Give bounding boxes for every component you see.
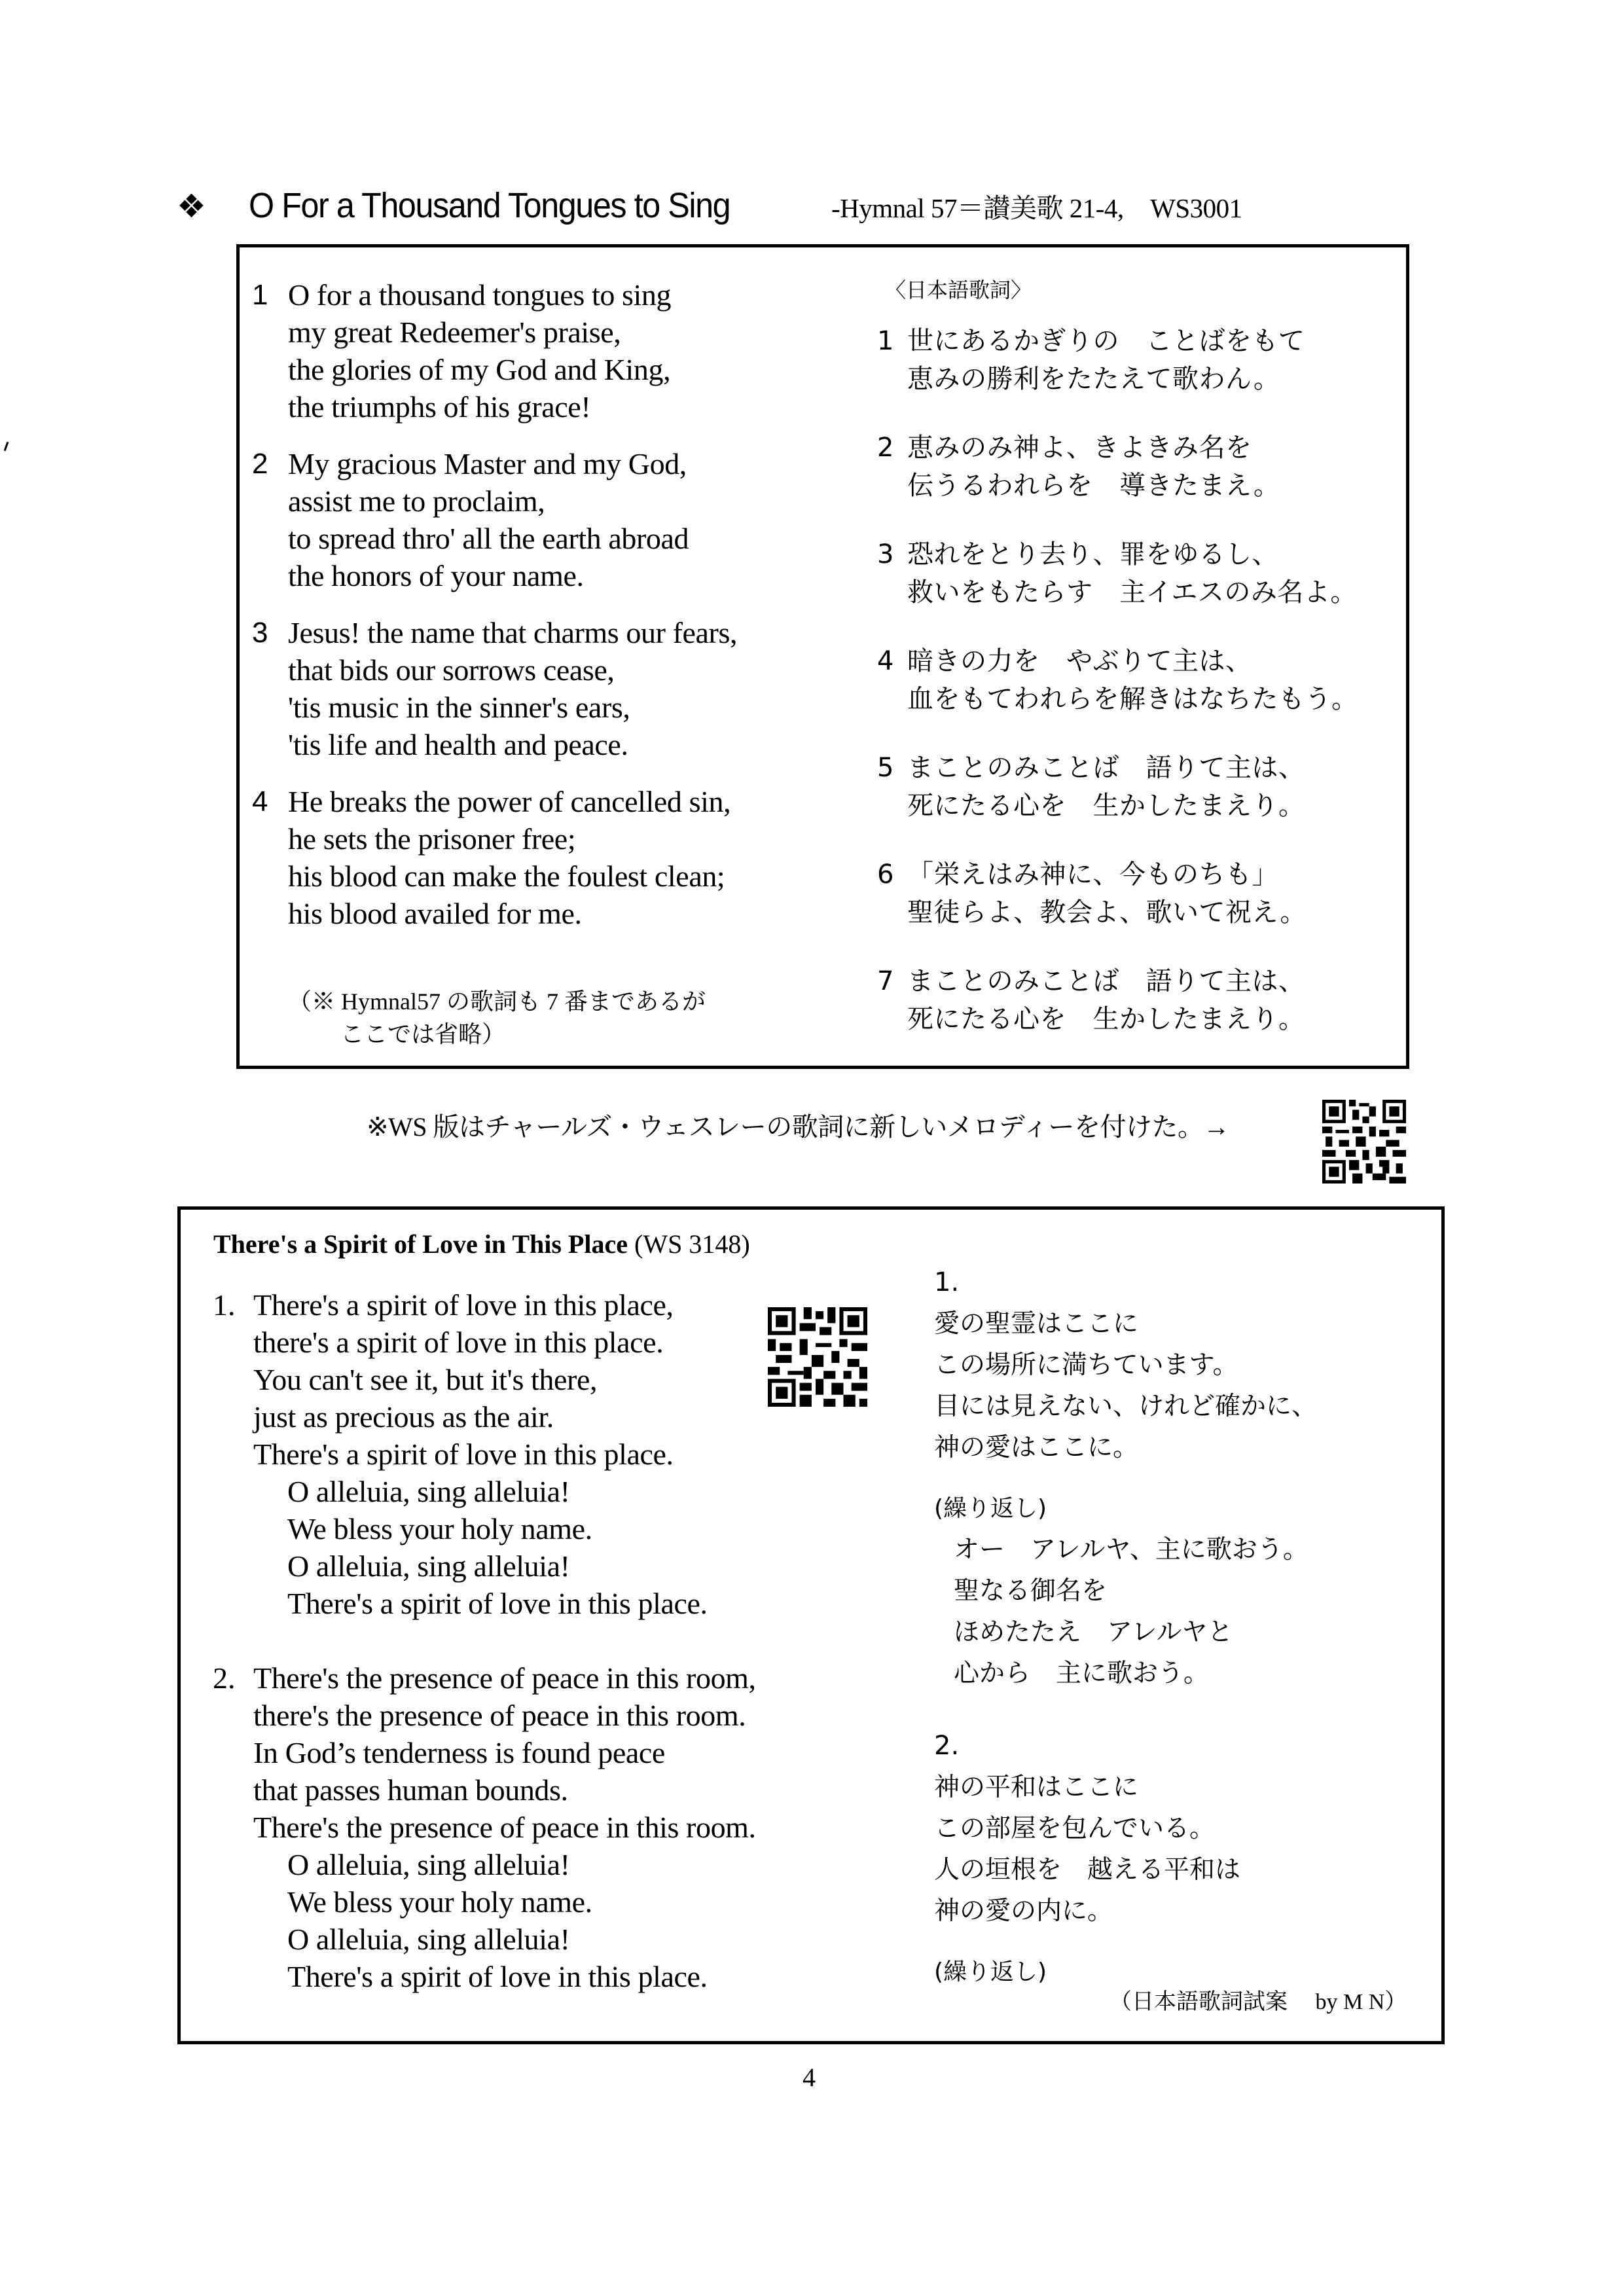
lyric-line: 'tis music in the sinner's ears, [288,689,737,726]
lyric-line: 暗きの力を やぶりて主は、 [907,642,1252,680]
qr-code-icon[interactable] [768,1307,867,1407]
verse-number: 1 [871,322,907,360]
verse-4: 4 He breaks the power of cancelled sin, … [252,783,841,932]
lyric-line: 恐れをとり去り、罪をゆるし、 [907,535,1278,573]
japanese-heading: 〈日本語歌詞〉 [871,274,1394,304]
hymn-reference: -Hymnal 57＝讃美歌 21-4, WS3001 [831,187,1242,225]
lyric-line: 神の平和はここに [934,1767,1317,1808]
refrain-label: (繰り返し) [934,1488,1317,1529]
refrain-line: We bless your holy name. [253,1883,756,1921]
refrain-line: O alleluia, sing alleluia! [253,1547,708,1585]
lyric-line: 血をもてわれらを解きはなちたもう。 [871,680,1394,718]
lyric-line: my great Redeemer's praise, [288,314,671,351]
english-lyrics: 1 O for a thousand tongues to sing my gr… [252,276,841,952]
hymn-title-2: There's a Spirit of Love in This Place (… [213,1229,750,1259]
refrain-line: There's a spirit of love in this place. [253,1585,708,1622]
lyric-line: There's a spirit of love in this place, [253,1286,708,1324]
verse-number: 5 [871,749,907,787]
lyric-line: there's the presence of peace in this ro… [253,1697,756,1734]
refrain-line: 心から 主に歌おう。 [934,1653,1317,1694]
lyric-line: the honors of your name. [288,557,689,594]
song-reference: (WS 3148) [628,1229,750,1259]
lyric-line: この場所に満ちています。 [934,1345,1317,1386]
lyric-line: 伝うるわれらを 導きたまえ。 [871,467,1394,505]
note-line: （※ Hymnal57 の歌詞も 7 番まであるが [288,985,706,1018]
omission-note: （※ Hymnal57 の歌詞も 7 番まであるが ここでは省略） [288,985,706,1051]
lyric-line: his blood availed for me. [288,895,731,932]
lyric-line: that passes human bounds. [253,1771,756,1809]
lyric-line: There's the presence of peace in this ro… [253,1809,756,1846]
refrain-line: オー アレルヤ、主に歌おう。 [934,1529,1317,1570]
verse-2: 2 My gracious Master and my God, assist … [252,445,841,594]
verse-3: 3 Jesus! the name that charms our fears,… [252,614,841,763]
song-title: There's a Spirit of Love in This Place [213,1229,628,1259]
english-lyrics-2: 1. There's a spirit of love in this plac… [213,1286,756,2033]
jp-verse-5: 5まことのみことば 語りて主は、 死にたる心を 生かしたまえり。 [871,749,1394,825]
lyric-line: 恵みのみ神よ、きよきみ名を [907,429,1252,467]
lyric-line: 人の垣根を 越える平和は [934,1849,1317,1890]
lyric-line: assist me to proclaim, [288,482,689,520]
verse-number: 4 [871,642,907,680]
lyric-line: You can't see it, but it's there, [253,1361,708,1398]
scan-mark [4,442,9,451]
lyric-line: この部屋を包んでいる。 [934,1808,1317,1849]
lyric-line: just as precious as the air. [253,1398,708,1436]
verse-number: 3 [252,614,288,763]
page-number: 4 [803,2062,816,2093]
lyric-line: 世にあるかぎりの ことばをもて [907,322,1305,360]
refrain-line: O alleluia, sing alleluia! [253,1921,756,1958]
lyric-line: the triumphs of his grace! [288,388,671,425]
verse-number: 2 [252,445,288,594]
verse-number: 2. [934,1726,1317,1767]
lyric-line: In God’s tenderness is found peace [253,1734,756,1771]
jp-verse-2: 2恵みのみ神よ、きよきみ名を 伝うるわれらを 導きたまえ。 [871,429,1394,505]
lyric-line: 死にたる心を 生かしたまえり。 [871,787,1394,825]
lyric-line: 'tis life and health and peace. [288,726,737,763]
japanese-lyrics-2: 1. 愛の聖霊はここに この場所に満ちています。 目には見えない、けれど確かに、… [934,1262,1317,1993]
verse-number: 1 [252,276,288,425]
refrain-line: 聖なる御名を [934,1570,1317,1612]
verse-number: 1. [213,1286,253,1622]
diamond-bullet-icon: ❖ [177,187,249,225]
lyric-line: O for a thousand tongues to sing [288,276,671,314]
jp-verse-3: 3恐れをとり去り、罪をゆるし、 救いをもたらす 主イエスのみ名よ。 [871,535,1394,611]
refrain-line: ほめたたえ アレルヤと [934,1612,1317,1653]
lyric-line: 「栄えはみ神に、今ものちも」 [907,856,1278,894]
hymn-header: ❖ O For a Thousand Tongues to Sing -Hymn… [177,185,1242,238]
translation-credit: （日本語歌詞試案 by M N） [1110,1983,1407,2015]
lyric-line: he sets the prisoner free; [288,820,731,858]
hymn-title: O For a Thousand Tongues to Sing [249,185,791,226]
refrain-line: We bless your holy name. [253,1510,708,1547]
lyric-line: 目には見えない、けれど確かに、 [934,1386,1317,1427]
jp-verse-4: 4暗きの力を やぶりて主は、 血をもてわれらを解きはなちたもう。 [871,642,1394,718]
refrain-line: There's a spirit of love in this place. [253,1958,756,1995]
verse-number: 1. [934,1262,1317,1303]
verse-1: 1 O for a thousand tongues to sing my gr… [252,276,841,425]
lyric-line: まことのみことば 語りて主は、 [907,749,1305,787]
lyric-line: to spread thro' all the earth abroad [288,520,689,557]
lyric-line: 死にたる心を 生かしたまえり。 [871,1000,1394,1038]
lyric-line: 救いをもたらす 主イエスのみ名よ。 [871,573,1394,611]
lyric-line: 聖徒らよ、教会よ、歌いて祝え。 [871,894,1394,931]
verse-number: 6 [871,856,907,894]
lyric-line: 愛の聖霊はここに [934,1303,1317,1345]
refrain-line: O alleluia, sing alleluia! [253,1846,756,1883]
jp-verse-7: 7まことのみことば 語りて主は、 死にたる心を 生かしたまえり。 [871,962,1394,1038]
lyric-line: まことのみことば 語りて主は、 [907,962,1305,1000]
lyric-line: his blood can make the foulest clean; [288,858,731,895]
jp-verse-6: 6「栄えはみ神に、今ものちも」 聖徒らよ、教会よ、歌いて祝え。 [871,856,1394,931]
lyric-line: 神の愛はここに。 [934,1427,1317,1468]
lyric-line: 恵みの勝利をたたえて歌わん。 [871,360,1394,398]
refrain-line: O alleluia, sing alleluia! [253,1473,708,1510]
verse-number: 4 [252,783,288,932]
note-line: ここでは省略） [288,1018,706,1051]
verse-number: 2. [213,1659,253,1995]
jp-verse-1: 1世にあるかぎりの ことばをもて 恵みの勝利をたたえて歌わん。 [871,322,1394,398]
japanese-lyrics: 〈日本語歌詞〉 1世にあるかぎりの ことばをもて 恵みの勝利をたたえて歌わん。 … [871,274,1394,1069]
verse-number: 3 [871,535,907,573]
ws-version-note: ※WS 版はチャールズ・ウェスレーの歌詞に新しいメロディーを付けた。→ [367,1106,1229,1144]
lyric-line: the glories of my God and King, [288,351,671,388]
verse-2: 2. There's the presence of peace in this… [213,1659,756,1995]
lyric-line: Jesus! the name that charms our fears, [288,614,737,651]
lyric-line: that bids our sorrows cease, [288,651,737,689]
lyric-line: There's a spirit of love in this place. [253,1436,708,1473]
verse-1: 1. There's a spirit of love in this plac… [213,1286,756,1622]
lyric-line: 神の愛の内に。 [934,1890,1317,1932]
lyric-line: there's a spirit of love in this place. [253,1324,708,1361]
qr-code-icon[interactable] [1322,1100,1406,1184]
verse-number: 7 [871,962,907,1000]
lyric-line: He breaks the power of cancelled sin, [288,783,731,820]
lyric-line: My gracious Master and my God, [288,445,689,482]
verse-number: 2 [871,429,907,467]
lyric-line: There's the presence of peace in this ro… [253,1659,756,1697]
